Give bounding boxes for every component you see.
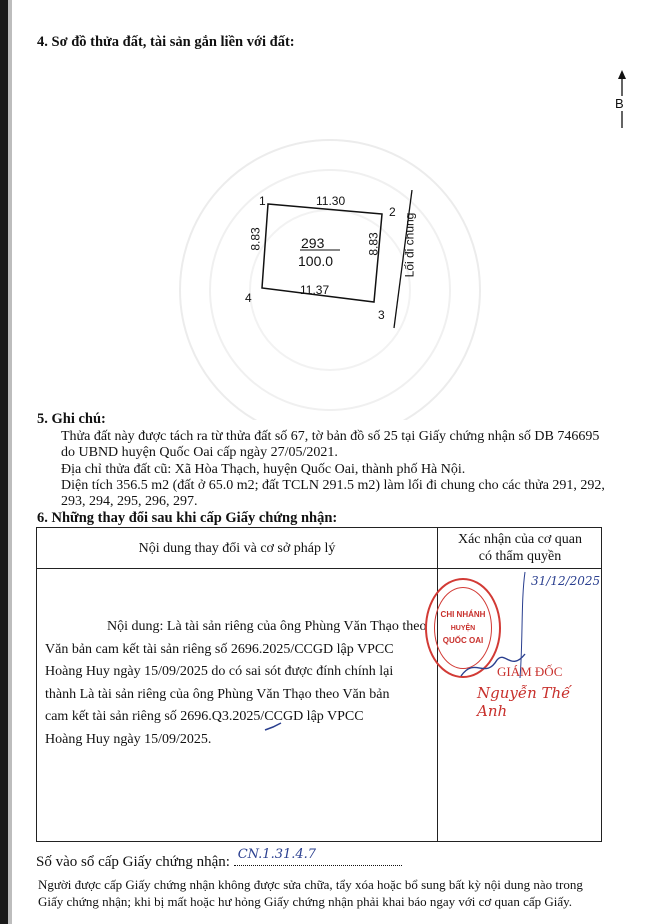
content-line-2: Văn bản cam kết tài sản riêng số 2696.20… (45, 639, 435, 662)
scan-edge-gray (8, 0, 12, 924)
footer-line-1: Người được cấp Giấy chứng nhận không đượ… (38, 876, 583, 893)
stamp-line-1: CHI NHÁNH (432, 610, 494, 619)
content-line-1: Nội dung: Là tài sản riêng của ông Phùng… (45, 616, 435, 639)
note-line-4: Diện tích 356.5 m2 (đất ở 65.0 m2; đất T… (61, 478, 605, 494)
note-line-5: 293, 294, 295, 296, 297. (61, 494, 198, 510)
corner-1-label: 1 (259, 194, 266, 208)
content-line-6: Hoàng Huy ngày 15/09/2025. (45, 729, 435, 752)
stamp-line-3: QUỐC OAI (432, 636, 494, 645)
header-confirmation: Xác nhận của cơ quan có thẩm quyền (437, 531, 603, 565)
signer-name: Nguyễn Thế Anh (477, 684, 601, 720)
note-line-3: Địa chỉ thửa đất cũ: Xã Hòa Thạch, huyện… (61, 462, 465, 478)
scan-edge-dark (0, 0, 8, 924)
corner-4-label: 4 (245, 291, 252, 305)
confirm-date: 31/12/2025 (531, 574, 600, 588)
corner-3-label: 3 (378, 308, 385, 322)
section-5-title: 5. Ghi chú: (37, 411, 106, 428)
section-4-title: 4. Sơ đồ thửa đất, tài sản gắn liền với … (37, 34, 295, 51)
signature-icon (455, 646, 535, 686)
changes-table: Nội dung thay đổi và cơ sở pháp lý Xác n… (36, 527, 602, 842)
content-line-4: thành Là tài sản riêng của ông Phùng Văn… (45, 684, 435, 707)
registry-label: Số vào sổ cấp Giấy chứng nhận: (36, 854, 230, 870)
table-column-divider (437, 528, 438, 841)
north-label: B (614, 96, 625, 111)
stamp-line-2: HUYỆN (432, 625, 494, 632)
road-label: Lối đi chung (402, 213, 416, 278)
edge-left-length: 8.83 (249, 227, 263, 250)
registry-value: CN.1.31.4.7 (238, 847, 316, 862)
content-line-5: cam kết tài sản riêng số 2696.Q3.2025/CC… (45, 706, 435, 729)
table-header-divider (37, 568, 601, 569)
edge-bottom-length: 11.37 (300, 283, 329, 297)
edge-right-length: 8.83 (367, 232, 381, 255)
parcel-number: 293 (301, 235, 324, 251)
corner-2-label: 2 (389, 205, 396, 219)
header-content-change: Nội dung thay đổi và cơ sở pháp lý (37, 540, 437, 557)
header-confirmation-line-2: có thẩm quyền (437, 548, 603, 565)
note-line-1: Thửa đất này được tách ra từ thửa đất số… (61, 429, 599, 445)
parcel-area: 100.0 (298, 253, 333, 269)
change-content: Nội dung: Là tài sản riêng của ông Phùng… (45, 616, 435, 751)
footer-notice: Người được cấp Giấy chứng nhận không đượ… (38, 876, 583, 910)
edge-top-length: 11.30 (316, 194, 345, 208)
section-6-title: 6. Những thay đổi sau khi cấp Giấy chứng… (37, 510, 337, 527)
content-line-3: Hoàng Huy ngày 15/09/2025 do có sai sót … (45, 661, 435, 684)
end-mark-icon (263, 721, 283, 733)
footer-line-2: Giấy chứng nhận; khi bị mất hoặc hư hỏng… (38, 893, 583, 910)
header-confirmation-line-1: Xác nhận của cơ quan (437, 531, 603, 548)
registry-field: CN.1.31.4.7 (234, 851, 402, 866)
registry-line: Số vào sổ cấp Giấy chứng nhận: CN.1.31.4… (36, 851, 402, 871)
note-line-2: do UBND huyện Quốc Oai cấp ngày 27/05/20… (61, 445, 338, 461)
